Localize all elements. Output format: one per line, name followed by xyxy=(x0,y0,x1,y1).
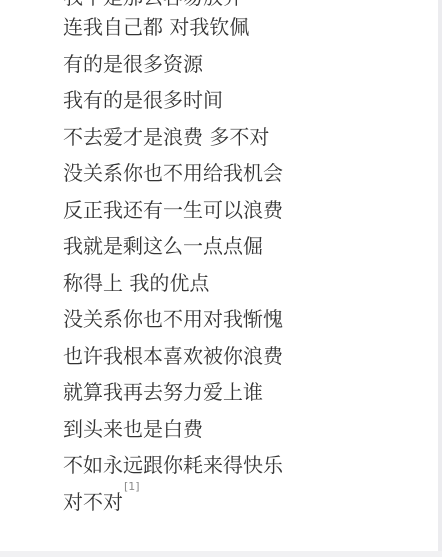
lyric-line: 反正我还有一生可以浪费 xyxy=(63,192,283,229)
lyric-line: 连我自己都 对我钦佩 xyxy=(63,9,283,46)
page-bottom-band xyxy=(0,551,442,557)
lyric-line: 也许我根本喜欢被你浪费 xyxy=(63,338,283,375)
lyric-line: 不如永远跟你耗来得快乐 xyxy=(63,447,283,484)
lyric-line: 有的是很多资源 xyxy=(63,46,283,83)
lyric-line-cutoff: 我不是那么容易放弃 xyxy=(63,0,243,7)
lyric-line: 我就是剩这么一点点倔 xyxy=(63,228,283,265)
lyric-line: 没关系你也不用对我惭愧 xyxy=(63,301,283,338)
lyric-line: 称得上 我的优点 xyxy=(63,265,283,302)
lyric-line: 我有的是很多时间 xyxy=(63,82,283,119)
lyric-line: 到头来也是白费 xyxy=(63,411,283,448)
lyric-line-text: 对不对 xyxy=(63,490,123,514)
lyric-line: 不去爱才是浪费 多不对 xyxy=(63,119,283,156)
lyric-line: 就算我再去努力爱上谁 xyxy=(63,374,283,411)
lyric-line-last: 对不对[1] xyxy=(63,484,283,521)
lyrics-list: 连我自己都 对我钦佩 有的是很多资源 我有的是很多时间 不去爱才是浪费 多不对 … xyxy=(63,9,283,520)
lyric-line: 没关系你也不用给我机会 xyxy=(63,155,283,192)
page-right-border xyxy=(438,0,442,557)
reference-link[interactable]: [1] xyxy=(124,480,140,493)
lyrics-page: 我不是那么容易放弃 连我自己都 对我钦佩 有的是很多资源 我有的是很多时间 不去… xyxy=(0,0,438,551)
